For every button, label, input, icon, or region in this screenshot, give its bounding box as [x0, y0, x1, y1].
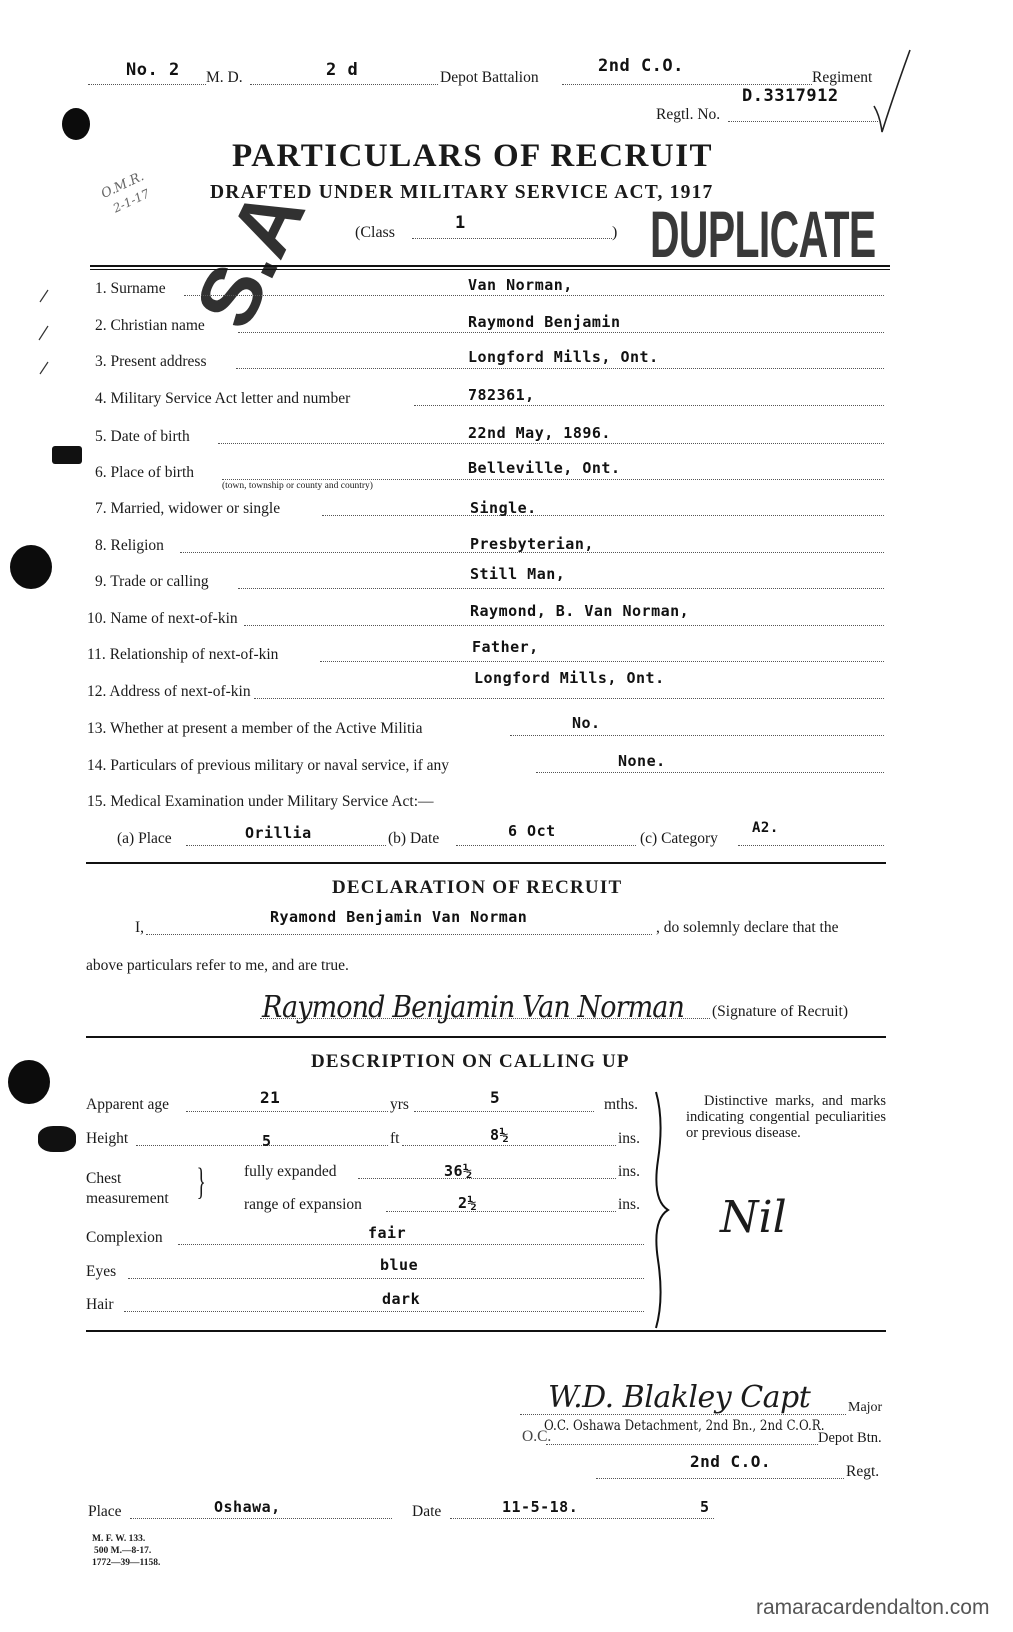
particular-row-medical-exam: 15. Medical Examination under Military S…	[87, 793, 434, 811]
complexion-value: fair	[368, 1224, 406, 1242]
officer-rank-suffix: Major	[848, 1400, 882, 1416]
ins-label: ins.	[618, 1196, 640, 1214]
ft-label: ft	[390, 1130, 399, 1148]
divider	[86, 1036, 886, 1038]
declaration-line2: above particulars refer to me, and are t…	[86, 957, 349, 975]
recruit-signature: Raymond Benjamin Van Norman	[262, 990, 684, 1025]
form-code-2: 500 M.—8-17.	[94, 1546, 151, 1557]
signature-label: (Signature of Recruit)	[712, 1003, 848, 1021]
particular-row-religion: 8. Religion	[95, 537, 164, 555]
margin-tick-icon	[36, 282, 52, 432]
particular-row-previous-service: 14. Particulars of previous military or …	[87, 757, 449, 775]
particular-row-surname: 1. Surname	[95, 280, 166, 298]
description-heading: DESCRIPTION ON CALLING UP	[311, 1051, 630, 1073]
height-in-value: 8½	[490, 1126, 509, 1144]
particular-row-relationship: 11. Relationship of next-of-kin	[87, 646, 278, 664]
fully-expanded-label: fully expanded	[244, 1163, 337, 1181]
complexion-label: Complexion	[86, 1229, 163, 1247]
divider	[90, 265, 890, 267]
watermark: ramaracardendalton.com	[756, 1596, 989, 1620]
marital-status-value: Single.	[470, 499, 537, 517]
medical-date-value: 6 Oct	[508, 822, 556, 840]
divider	[90, 269, 890, 270]
divider	[86, 862, 886, 864]
form-title: PARTICULARS OF RECRUIT	[232, 138, 713, 175]
range-label: range of expansion	[244, 1196, 362, 1214]
age-months-value: 5	[490, 1088, 500, 1107]
brace-icon	[650, 1090, 676, 1330]
relationship-value: Father,	[472, 638, 539, 656]
punch-hole	[10, 545, 52, 589]
md-label: M. D.	[206, 69, 243, 87]
previous-service-value: None.	[618, 752, 666, 770]
particular-row-date-of-birth: 5. Date of birth	[95, 428, 190, 446]
age-years-value: 21	[260, 1088, 280, 1107]
footer-date-value: 11-5-18.	[502, 1498, 578, 1516]
mths-label: mths.	[604, 1096, 638, 1114]
ins-label: ins.	[618, 1163, 640, 1181]
regtl-no-label: Regtl. No.	[656, 106, 720, 124]
divider	[86, 1330, 886, 1332]
form-code-3: 1772—39—1158.	[92, 1558, 160, 1569]
officer-regt-label: Regt.	[846, 1463, 879, 1481]
regiment-value: 2nd C.O.	[598, 56, 684, 76]
check-mark-icon	[870, 46, 914, 136]
surname-value: Van Norman,	[468, 276, 573, 294]
hair-value: dark	[382, 1290, 420, 1308]
footer-date-label: Date	[412, 1503, 441, 1521]
medical-date-label: (b) Date	[388, 830, 439, 848]
particular-row-present-address: 3. Present address	[95, 353, 207, 371]
punch-hole	[8, 1060, 50, 1104]
kin-address-value: Longford Mills, Ont.	[474, 669, 665, 687]
medical-place-value: Orillia	[245, 824, 312, 842]
footer-date-extra: 5	[700, 1498, 710, 1516]
fully-expanded-value: 36½	[444, 1162, 473, 1180]
form-code-1: M. F. W. 133.	[92, 1534, 145, 1545]
ink-blot	[52, 446, 82, 464]
brace-icon: }	[197, 1160, 206, 1204]
class-value: 1	[455, 213, 466, 233]
md-number: No. 2	[126, 60, 180, 80]
present-address-value: Longford Mills, Ont.	[468, 348, 659, 366]
particular-row-msa-number: 4. Military Service Act letter and numbe…	[95, 390, 350, 408]
range-value: 2½	[458, 1194, 477, 1212]
particular-row-marital-status: 7. Married, widower or single	[95, 500, 280, 518]
age-label: Apparent age	[86, 1096, 169, 1114]
class-close: )	[612, 224, 617, 242]
msa-number-value: 782361,	[468, 386, 535, 404]
yrs-label: yrs	[390, 1096, 409, 1114]
declaration-heading: DECLARATION OF RECRUIT	[332, 877, 622, 899]
class-label: (Class	[355, 224, 395, 242]
place-of-birth-note: (town, township or county and country)	[222, 481, 373, 491]
height-ft-value: 5	[262, 1132, 272, 1150]
officer-regt-value: 2nd C.O.	[690, 1452, 771, 1471]
depot-label: Depot Btn.	[818, 1430, 882, 1447]
footer-place-label: Place	[88, 1503, 122, 1521]
place-of-birth-value: Belleville, Ont.	[468, 459, 621, 477]
particular-row-place-of-birth: 6. Place of birth	[95, 464, 194, 482]
officer-signature: W.D. Blakley Capt	[548, 1380, 810, 1415]
eyes-label: Eyes	[86, 1263, 116, 1281]
eyes-value: blue	[380, 1256, 418, 1274]
footer-place-value: Oshawa,	[214, 1498, 281, 1516]
date-of-birth-value: 22nd May, 1896.	[468, 424, 611, 442]
ink-blot	[38, 1126, 76, 1152]
active-militia-value: No.	[572, 714, 601, 732]
declaration-name-value: Ryamond Benjamin Van Norman	[270, 908, 527, 926]
trade-value: Still Man,	[470, 565, 565, 583]
officer-unit-line: O.C. Oshawa Detachment, 2nd Bn., 2nd C.O…	[544, 1418, 825, 1434]
medical-place-label: (a) Place	[117, 830, 172, 848]
punch-hole	[62, 108, 90, 140]
duplicate-stamp: DUPLICATE	[650, 196, 876, 272]
declaration-prefix: I,	[135, 919, 144, 937]
particular-row-christian-name: 2. Christian name	[95, 317, 205, 335]
height-label: Height	[86, 1130, 128, 1148]
regtl-no-value: D.3317912	[742, 86, 839, 106]
depot-battalion-label: Depot Battalion	[440, 69, 539, 87]
particular-row-trade: 9. Trade or calling	[95, 573, 209, 591]
religion-value: Presbyterian,	[470, 535, 594, 553]
next-of-kin-value: Raymond, B. Van Norman,	[470, 602, 689, 620]
regiment-label: Regiment	[812, 69, 872, 87]
distinctive-marks-value: Nil	[720, 1192, 787, 1243]
particular-row-kin-address: 12. Address of next-of-kin	[87, 683, 251, 701]
medical-category-value: A2.	[752, 820, 779, 836]
hair-label: Hair	[86, 1296, 114, 1314]
christian-name-value: Raymond Benjamin	[468, 313, 621, 331]
particular-row-active-militia: 13. Whether at present a member of the A…	[87, 720, 422, 738]
distinctive-marks-label: Distinctive marks, and marks indicating …	[686, 1093, 886, 1141]
chest-label-2: measurement	[86, 1190, 169, 1208]
depot-battalion-value: 2 d	[326, 60, 358, 80]
ins-label: ins.	[618, 1130, 640, 1148]
declaration-suffix: , do solemnly declare that the	[656, 919, 839, 937]
medical-category-label: (c) Category	[640, 830, 718, 848]
particular-row-next-of-kin: 10. Name of next-of-kin	[87, 610, 238, 628]
chest-label-1: Chest	[86, 1170, 121, 1188]
